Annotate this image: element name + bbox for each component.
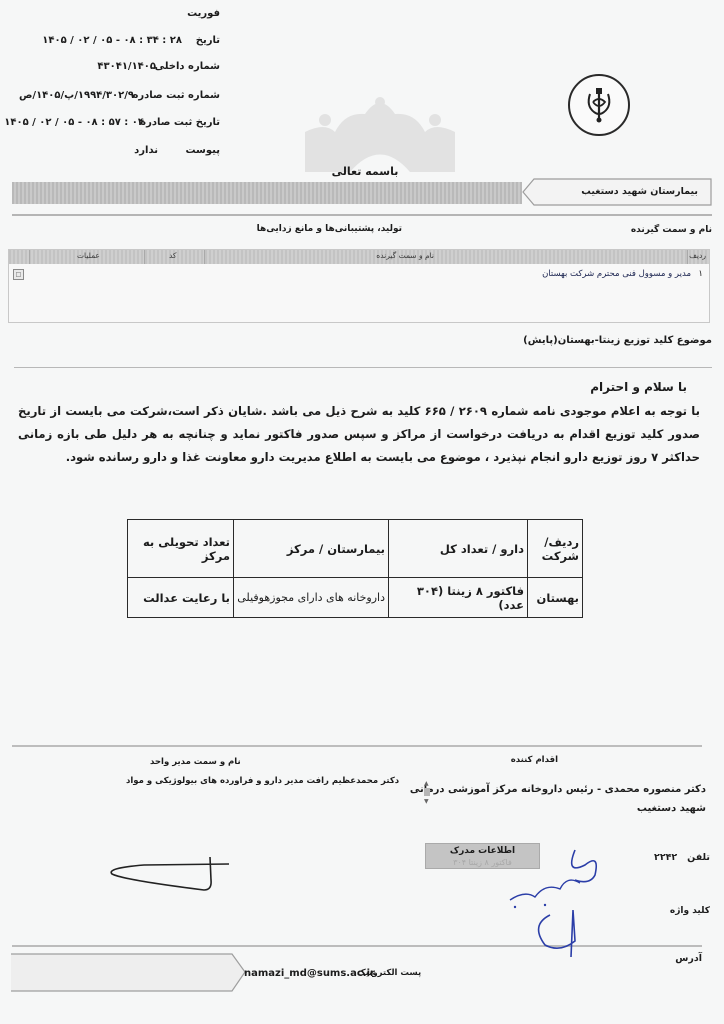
organization-band: بیمارستان شهید دستغیب bbox=[12, 178, 712, 206]
email-label: پست الکترونیک bbox=[357, 968, 421, 978]
meta-attachment-value: ندارد bbox=[134, 145, 158, 156]
meta-outgoing-number-label: شماره ثبت صادره bbox=[132, 90, 220, 101]
grid-column-separator bbox=[204, 250, 205, 264]
address-label: آدرس bbox=[675, 953, 702, 964]
manager-name: دکتر محمدعظیم رافت مدیر دارو و فراورده ه… bbox=[126, 776, 399, 786]
distribution-table: ردیف/ شرکت دارو / تعداد کل بیمارستان / م… bbox=[127, 519, 583, 618]
distribution-table-header: ردیف/ شرکت دارو / تعداد کل بیمارستان / م… bbox=[128, 520, 583, 578]
email-value[interactable]: namazi_md@sums.ac.ir bbox=[244, 968, 375, 979]
meta-outgoing-date: تاریخ ثبت صادره ۱۴۰۵ / ۰۲ / ۰۵ - ۰۸ : ۵۷… bbox=[20, 117, 220, 137]
scroll-down-icon[interactable]: ▼ bbox=[424, 798, 429, 805]
actor-scrollbar[interactable]: ▲ ▼ bbox=[424, 780, 430, 806]
phone-field: تلفن ۲۲۴۲ bbox=[654, 852, 710, 863]
university-emblem-icon bbox=[584, 86, 614, 124]
divider bbox=[324, 745, 702, 747]
col-header-delivered: تعداد تحویلی به مرکز bbox=[128, 520, 234, 578]
grid-row-recipient: مدیر و مسوول فنی محترم شرکت بهستان bbox=[542, 269, 691, 279]
col-header-drug: دارو / تعداد کل bbox=[389, 520, 528, 578]
cell-delivered: با رعایت عدالت bbox=[128, 578, 234, 618]
letter-body: با توجه به اعلام موجودی نامه شماره ۲۶۰۹ … bbox=[18, 400, 700, 469]
divider bbox=[14, 367, 712, 368]
meta-internal-number-value: ۴۳۰۴۱/۱۴۰۵ bbox=[97, 61, 156, 72]
operations-button[interactable]: □ bbox=[13, 269, 24, 280]
meta-priority-label: فوریت bbox=[187, 8, 220, 19]
phone-label: تلفن bbox=[687, 852, 710, 863]
grid-column-separator bbox=[29, 250, 30, 264]
meta-date-value: ۱۴۰۵ / ۰۲ / ۰۵ - ۰۸ : ۳۴ : ۲۸ bbox=[42, 35, 182, 46]
meta-date-label: تاریخ bbox=[196, 35, 220, 46]
organization-name: بیمارستان شهید دستغیب bbox=[581, 186, 698, 197]
grid-column-separator bbox=[144, 250, 145, 264]
scroll-up-icon[interactable]: ▲ bbox=[424, 780, 429, 787]
col-header-hospital: بیمارستان / مرکز bbox=[234, 520, 389, 578]
grid-column-separator bbox=[687, 250, 688, 264]
meta-date: تاریخ ۱۴۰۵ / ۰۲ / ۰۵ - ۰۸ : ۳۴ : ۲۸ bbox=[20, 35, 220, 55]
university-logo bbox=[568, 74, 630, 136]
meta-attachment: پیوست ندارد bbox=[20, 145, 220, 165]
email-box-shape bbox=[10, 951, 246, 993]
meta-outgoing-number-value: ۱۹۹۴/۳۰۲/۹/پ/۱۴۰۵/ص bbox=[19, 90, 134, 101]
cell-hospital: داروخانه های دارای مجوزهوفیلی bbox=[234, 578, 389, 618]
meta-priority: فوریت bbox=[20, 8, 220, 28]
meta-internal-number: شماره داخلی ۴۳۰۴۱/۱۴۰۵ bbox=[20, 61, 220, 81]
actor-name: دکتر منصوره محمدی - رئیس داروخانه مرکز آ… bbox=[406, 780, 706, 818]
letter-subject: موضوع کلید توزیع زینتا-بهستان(پایش) bbox=[523, 335, 712, 346]
grid-header-name: نام و سمت گیرنده bbox=[376, 251, 434, 260]
band-fill bbox=[12, 182, 522, 204]
recipient-label: نام و سمت گیرنده bbox=[631, 225, 712, 235]
phone-value: ۲۲۴۲ bbox=[654, 852, 677, 863]
actor-label: اقدام کننده bbox=[511, 755, 558, 765]
grid-header-code: کد bbox=[169, 251, 177, 260]
divider bbox=[12, 214, 712, 216]
grid-row-number: ۱ bbox=[698, 269, 703, 279]
cell-drug: فاکتور ۸ زینتا (۳۰۴ عدد) bbox=[389, 578, 528, 618]
meta-internal-number-label: شماره داخلی bbox=[155, 61, 220, 72]
grid-header-row: ردیف bbox=[689, 251, 706, 260]
cell-company: بهستان bbox=[528, 578, 583, 618]
letter-greeting: با سلام و احترام bbox=[590, 380, 687, 394]
meta-outgoing-date-value: ۱۴۰۵ / ۰۲ / ۰۵ - ۰۸ : ۵۷ : ۰۴ bbox=[4, 117, 144, 128]
recipient-grid: ردیف نام و سمت گیرنده کد عملیات ۱ مدیر و… bbox=[8, 249, 710, 323]
meta-outgoing-number: شماره ثبت صادره ۱۹۹۴/۳۰۲/۹/پ/۱۴۰۵/ص bbox=[20, 90, 220, 110]
handwritten-note-icon bbox=[505, 845, 615, 960]
ornament-watermark-icon bbox=[295, 92, 465, 172]
recipient-grid-header: ردیف نام و سمت گیرنده کد عملیات bbox=[9, 250, 709, 264]
manager-label: نام و سمت مدیر واحد bbox=[150, 757, 241, 767]
col-header-company: ردیف/ شرکت bbox=[528, 520, 583, 578]
manager-signature-icon bbox=[104, 852, 234, 898]
keyword-label: کلید واژه bbox=[670, 906, 710, 916]
recipient-department: تولید، پشتیبانی‌ها و مانع زدایی‌ها bbox=[252, 224, 402, 234]
grid-header-operations: عملیات bbox=[77, 251, 100, 260]
scroll-thumb[interactable] bbox=[424, 788, 430, 796]
distribution-table-row: بهستان فاکتور ۸ زینتا (۳۰۴ عدد) داروخانه… bbox=[128, 578, 583, 618]
meta-outgoing-date-label: تاریخ ثبت صادره bbox=[140, 117, 220, 128]
divider bbox=[12, 745, 324, 747]
bismillah-heading: باسمه تعالی bbox=[320, 165, 410, 178]
meta-attachment-label: پیوست bbox=[185, 145, 220, 156]
